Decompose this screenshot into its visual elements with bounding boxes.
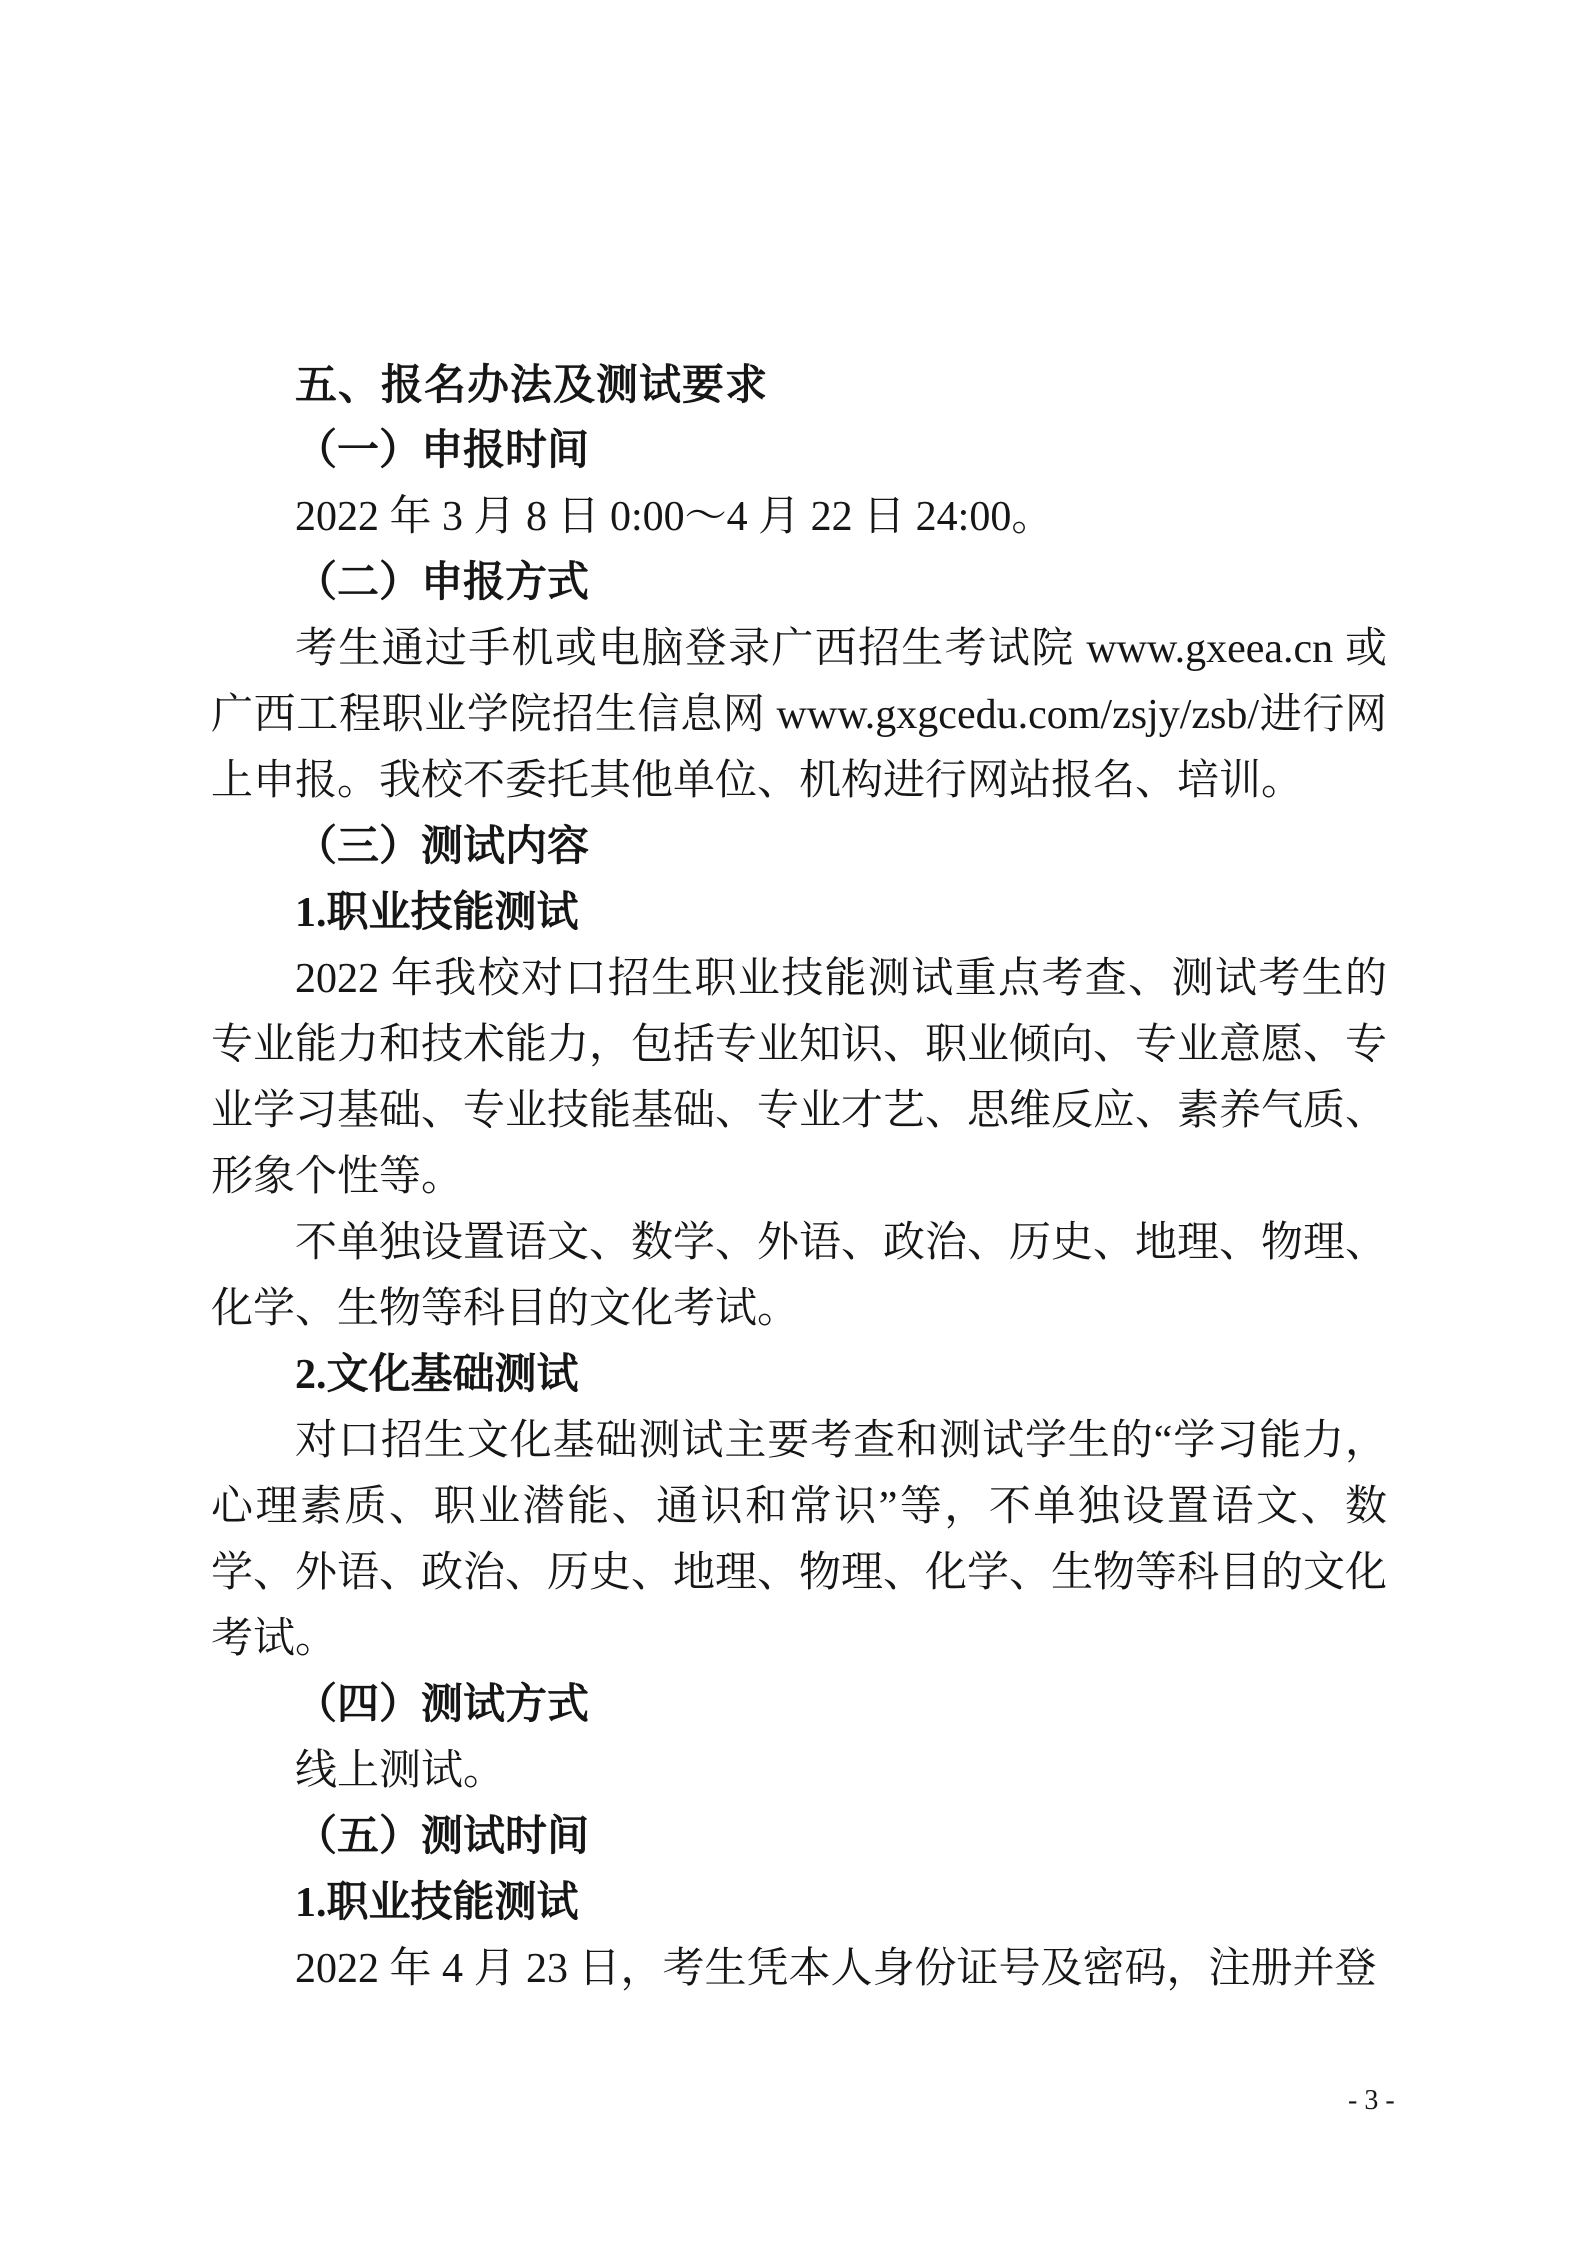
section-heading-test-content: （三）测试内容: [211, 814, 1387, 880]
paragraph-culture-test-scope: 对口招生文化基础测试主要考查和测试学生的“学习能力，心理素质、职业潜能、通识和常…: [211, 1408, 1387, 1672]
document-heading: 五、报名办法及测试要求: [211, 352, 1387, 418]
section-heading-application-method: （二）申报方式: [211, 550, 1387, 616]
section-heading-application-time: （一）申报时间: [211, 418, 1387, 484]
section-heading-test-time: （五）测试时间: [211, 1804, 1387, 1870]
document-page: 五、报名办法及测试要求 （一）申报时间 2022 年 3 月 8 日 0:00～…: [0, 0, 1587, 2245]
section-heading-test-method: （四）测试方式: [211, 1672, 1387, 1738]
item-heading-skill-test: 1.职业技能测试: [211, 880, 1387, 946]
page-number: - 3 -: [1348, 2084, 1395, 2118]
paragraph-online-test: 线上测试。: [211, 1738, 1387, 1804]
paragraph-no-culture-exam: 不单独设置语文、数学、外语、政治、历史、地理、物理、化学、生物等科目的文化考试。: [211, 1210, 1387, 1342]
paragraph-application-method: 考生通过手机或电脑登录广西招生考试院 www.gxeea.cn 或广西工程职业学…: [211, 616, 1387, 814]
item-heading-skill-test-time: 1.职业技能测试: [211, 1870, 1387, 1936]
paragraph-skill-test-scope: 2022 年我校对口招生职业技能测试重点考查、测试考生的专业能力和技术能力，包括…: [211, 946, 1387, 1210]
paragraph-application-period: 2022 年 3 月 8 日 0:00～4 月 22 日 24:00。: [211, 484, 1387, 550]
paragraph-skill-test-date: 2022 年 4 月 23 日，考生凭本人身份证号及密码，注册并登: [211, 1936, 1387, 2002]
item-heading-culture-test: 2.文化基础测试: [211, 1342, 1387, 1408]
document-body: 五、报名办法及测试要求 （一）申报时间 2022 年 3 月 8 日 0:00～…: [211, 352, 1387, 2002]
